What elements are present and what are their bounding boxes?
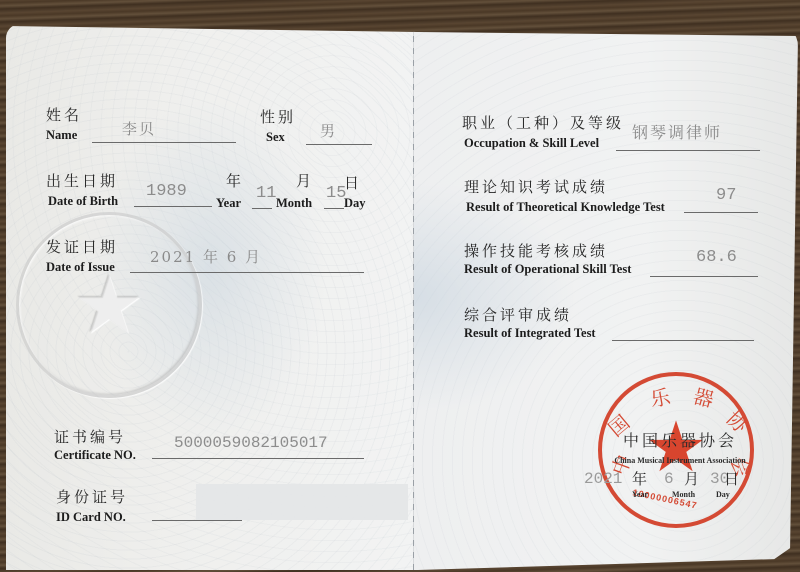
theoretical-line <box>684 212 758 213</box>
dob-day-en: Day <box>344 196 366 211</box>
theoretical-label-en: Result of Theoretical Knowledge Test <box>466 200 665 215</box>
issuer-year-en: Year <box>632 490 648 499</box>
dob-month-en: Month <box>276 196 312 211</box>
sex-label-en: Sex <box>266 130 285 145</box>
id-card-redaction <box>196 484 408 520</box>
dob-month-line <box>252 208 272 209</box>
dob-month-value: 11 <box>256 184 276 203</box>
certificate-no-label-en: Certificate NO. <box>54 448 136 463</box>
seal-char: 乐 <box>648 380 673 412</box>
official-seal: ★ 中 国 乐 器 协 会 10000006547 中国乐器协会 China M… <box>598 372 754 528</box>
operational-value: 68.6 <box>696 248 737 267</box>
certificate-no-value: 5000059082105017 <box>174 434 328 452</box>
issue-label-cn: 发证日期 <box>46 236 118 257</box>
issuer-name-cn: 中国乐器协会 <box>614 428 746 451</box>
occupation-line <box>616 150 760 151</box>
sex-value: 男 <box>320 120 337 141</box>
name-label-en: Name <box>46 128 77 143</box>
occupation-label-cn: 职业（工种）及等级 <box>462 112 624 133</box>
id-card-label-en: ID Card NO. <box>56 510 126 525</box>
integrated-label-en: Result of Integrated Test <box>464 326 596 341</box>
dob-year-cn: 年 <box>226 170 244 191</box>
issue-label-en: Date of Issue <box>46 260 115 275</box>
dob-month-cn: 月 <box>296 170 314 191</box>
issuer-month-value: 6 <box>664 470 674 488</box>
sex-label-cn: 性别 <box>260 106 296 127</box>
integrated-label-cn: 综合评审成绩 <box>464 304 572 325</box>
issuer-day-en: Day <box>716 490 730 499</box>
operational-label-cn: 操作技能考核成绩 <box>464 240 608 261</box>
certificate-no-label-cn: 证书编号 <box>54 426 126 447</box>
seal-char: 器 <box>691 380 718 413</box>
name-label-cn: 姓名 <box>46 104 82 125</box>
certificate-no-line <box>152 458 364 459</box>
integrated-line <box>612 340 754 341</box>
id-card-label-cn: 身份证号 <box>56 486 128 507</box>
issue-line <box>130 272 364 273</box>
theoretical-label-cn: 理论知识考试成绩 <box>464 176 608 197</box>
issuer-month-en: Month <box>672 490 695 499</box>
dob-year-en: Year <box>216 196 241 211</box>
dob-day-line <box>324 208 344 209</box>
issuer-month-cn: 月 <box>684 468 699 489</box>
name-line <box>92 142 236 143</box>
issuer-year-value: 2021 <box>584 470 622 488</box>
id-card-line <box>152 520 242 521</box>
operational-label-en: Result of Operational Skill Test <box>464 262 631 277</box>
issuer-year-cn: 年 <box>632 468 647 489</box>
dob-year-line <box>134 206 212 207</box>
dob-label-cn: 出生日期 <box>46 170 118 191</box>
dob-day-cn: 日 <box>344 172 362 193</box>
operational-line <box>650 276 758 277</box>
theoretical-value: 97 <box>716 186 736 205</box>
certificate-booklet: ★ 姓名 Name 李贝 性别 Sex 男 出生日期 Date of Birth… <box>6 24 798 570</box>
dob-label-en: Date of Birth <box>48 194 118 209</box>
left-page: ★ 姓名 Name 李贝 性别 Sex 男 出生日期 Date of Birth… <box>6 24 414 570</box>
name-value: 李贝 <box>122 118 156 139</box>
issuer-day-cn: 日 <box>724 468 739 489</box>
dob-year-value: 1989 <box>146 182 187 201</box>
issuer-name-en: China Musical Instrument Association <box>602 456 758 465</box>
occupation-label-en: Occupation & Skill Level <box>464 136 599 151</box>
occupation-value: 钢琴调律师 <box>632 120 722 143</box>
issue-value: 2021 年 6 月 <box>150 246 262 267</box>
sex-line <box>306 144 372 145</box>
